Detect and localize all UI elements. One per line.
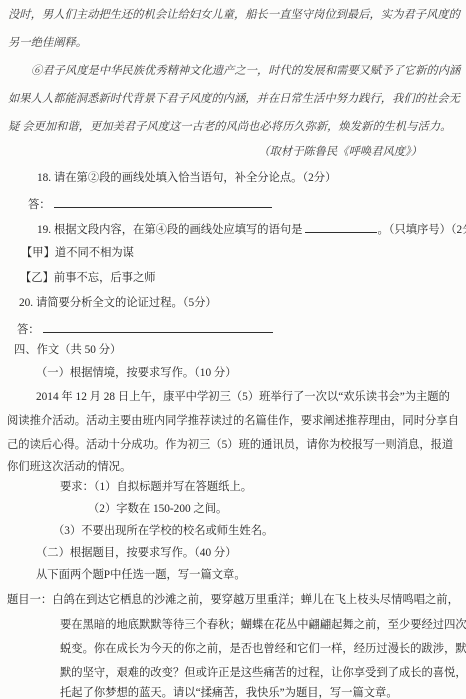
answer-line-20: 答： (17, 321, 273, 337)
answer-label-18: 答： (28, 199, 51, 211)
topic1-line-2: 要在黑暗的地底默默等待三个春秋；蝴蝶在花丛中翩翩起舞之前，至少要经过四次 (60, 618, 466, 632)
requirement-3: （3）不要出现所在学校的校名或师生姓名。 (53, 524, 273, 538)
answer-blank-18 (54, 196, 272, 208)
question-19-prefix: 19. 根据文段内容，在第④段的画线处应填写的语句是 (37, 224, 302, 236)
part1-heading: （一）根据情境，按要求写作。（10 分） (36, 366, 237, 380)
part1-line-1: 2014 年 12 月 28 日上午，康平中学初三（5）班举行了一次以“欢乐读书… (36, 390, 450, 404)
exam-paper-page: 没时，男人们主动把生还的机会让给妇女儿童，船长一直坚守岗位到最后，实为君子风度的… (0, 0, 466, 699)
part1-line-2: 阅读推介活动。活动主要由班内同学推荐读过的名篇佳作，要求阐述推荐理由，同时分享自 (7, 414, 459, 428)
question-19: 19. 根据文段内容，在第④段的画线处应填写的语句是。（只填序号）（2分） (37, 221, 466, 237)
answer-label-20: 答： (17, 324, 40, 336)
passage-source: （取材于陈鲁民《呼唤君风度》） (258, 145, 422, 159)
answer-line-18: 答： (28, 196, 272, 212)
composition-section-heading: 四、作文（共 50 分） (14, 343, 121, 357)
passage-line-4: 如果人人都能洞悉新时代背景下君子风度的内涵，并在日常生活中努力践行，我们的社会无 (8, 92, 460, 106)
question-19-option-yi: 【乙】前事不忘，后事之师 (20, 271, 156, 285)
question-19-suffix: 。（只填序号）（2分） (377, 224, 466, 236)
answer-blank-20 (43, 321, 273, 333)
passage-line-1: 没时，男人们主动把生还的机会让给妇女儿童，船长一直坚守岗位到最后，实为君子风度的 (8, 8, 460, 22)
topic1-line-1: 题目一：白鸽在到达它栖息的沙滩之前，要穿越万里重洋；蝉儿在飞上枝头尽情鸣唱之前， (7, 593, 459, 607)
answer-blank-19 (305, 221, 377, 233)
topic1-line-4: 默的坚守，艰难的改变？但或许正是这些痛苦的过程，让你享受到了成长的喜悦， (60, 666, 466, 680)
part2-heading: （二）根据题目，按要求写作。（40 分） (36, 546, 237, 560)
requirement-1: 要求：（1）自拟标题并写在答题纸上。 (60, 480, 252, 494)
requirement-2: （2）字数在 150-200 之间。 (88, 502, 227, 516)
part1-line-4: 你们班这次活动的情况。 (7, 460, 131, 474)
topic1-line-3: 蜕变。你在成长为今天的你之前，是否也曾经和它们一样，经历过漫长的跋涉，默 (60, 642, 466, 656)
part1-line-3: 己的读后心得。活动十分成功。作为初三（5）班的通讯员，请你为校报写一则消息，报道 (7, 438, 453, 452)
passage-line-3: ⑥君子风度是中华民族优秀精神文化遗产之一，时代的发展和需要又赋予了它新的内涵 (31, 64, 460, 78)
question-19-option-jia: 【甲】道不同不相为谋 (21, 246, 134, 260)
passage-line-2: 另一绝佳阐释。 (8, 36, 87, 50)
topic1-line-5: 托起了你梦想的蓝天。请以“揉痛苦，我快乐”为题目，写一篇文章。 (60, 686, 398, 699)
question-18: 18. 请在第②段的画线处填入恰当语句，补全分论点。（2分） (37, 171, 336, 185)
passage-line-5: 疑 会更加和谐，更加美君子风度这一古老的风尚也必将历久弥新，焕发新的生机与活力。 (8, 120, 451, 134)
part2-intro: 从下面两个题P中任选一题，写一篇文章。 (36, 568, 246, 582)
question-20: 20. 请简要分析全文的论证过程。（5分） (19, 296, 217, 310)
